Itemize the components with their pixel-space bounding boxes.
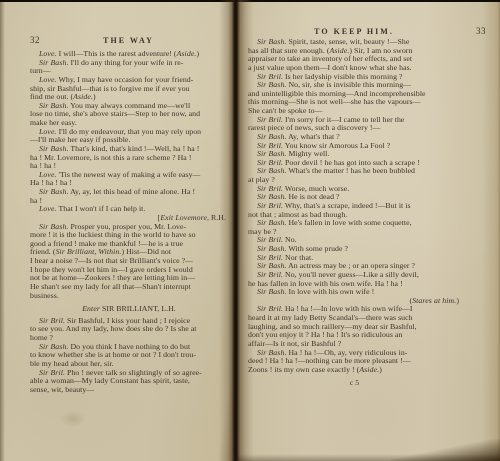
text-line: Sir Bash. Ay, ay, let this head of mine … — [30, 188, 228, 197]
text-line: Sir Bash. What's the matter ! has he bee… — [248, 167, 461, 176]
text-line: ha ! Mr. Lovemore, is not this a rare sc… — [30, 154, 228, 163]
book-left-edge — [0, 2, 5, 461]
right-page: TO KEEP HIM. 33 Sir Bash. Spirit, taste,… — [236, 2, 500, 461]
text-line: sense, wit, beauty— — [30, 386, 228, 395]
text-line: Enter SIR BRILLIANT, L.H. — [30, 305, 228, 314]
text-line: Sir Bash. He's fallen in love with some … — [248, 219, 461, 228]
left-page: 32 THE WAY Love. I will—This is the rare… — [0, 2, 236, 461]
text-line: Sir Bash. I'll do any thing for your wif… — [30, 59, 228, 68]
text-line: to see you. And my lady, how does she do… — [30, 325, 228, 334]
left-page-header: 32 THE WAY — [0, 35, 236, 47]
paper-stain — [60, 411, 86, 427]
running-title: THE WAY — [30, 36, 227, 45]
text-line: He shan't see my lady for all that—Shan'… — [30, 283, 228, 292]
book-corner-shadow — [390, 439, 500, 461]
left-page-text: Love. I will—This is the rarest adventur… — [30, 50, 228, 394]
book-photo: 32 THE WAY Love. I will—This is the rare… — [0, 0, 500, 461]
text-line: c 5 — [248, 379, 461, 388]
page-gutter-shadow — [219, 0, 254, 461]
running-title: TO KEEP HIM. — [248, 27, 460, 36]
text-line: Zoons ! its my own case exactly ! (Aside… — [248, 366, 461, 375]
right-page-text: Sir Bash. Spirit, taste, sense, wit, bea… — [248, 38, 461, 391]
text-line: business. — [30, 292, 228, 301]
page-number: 33 — [476, 26, 486, 36]
